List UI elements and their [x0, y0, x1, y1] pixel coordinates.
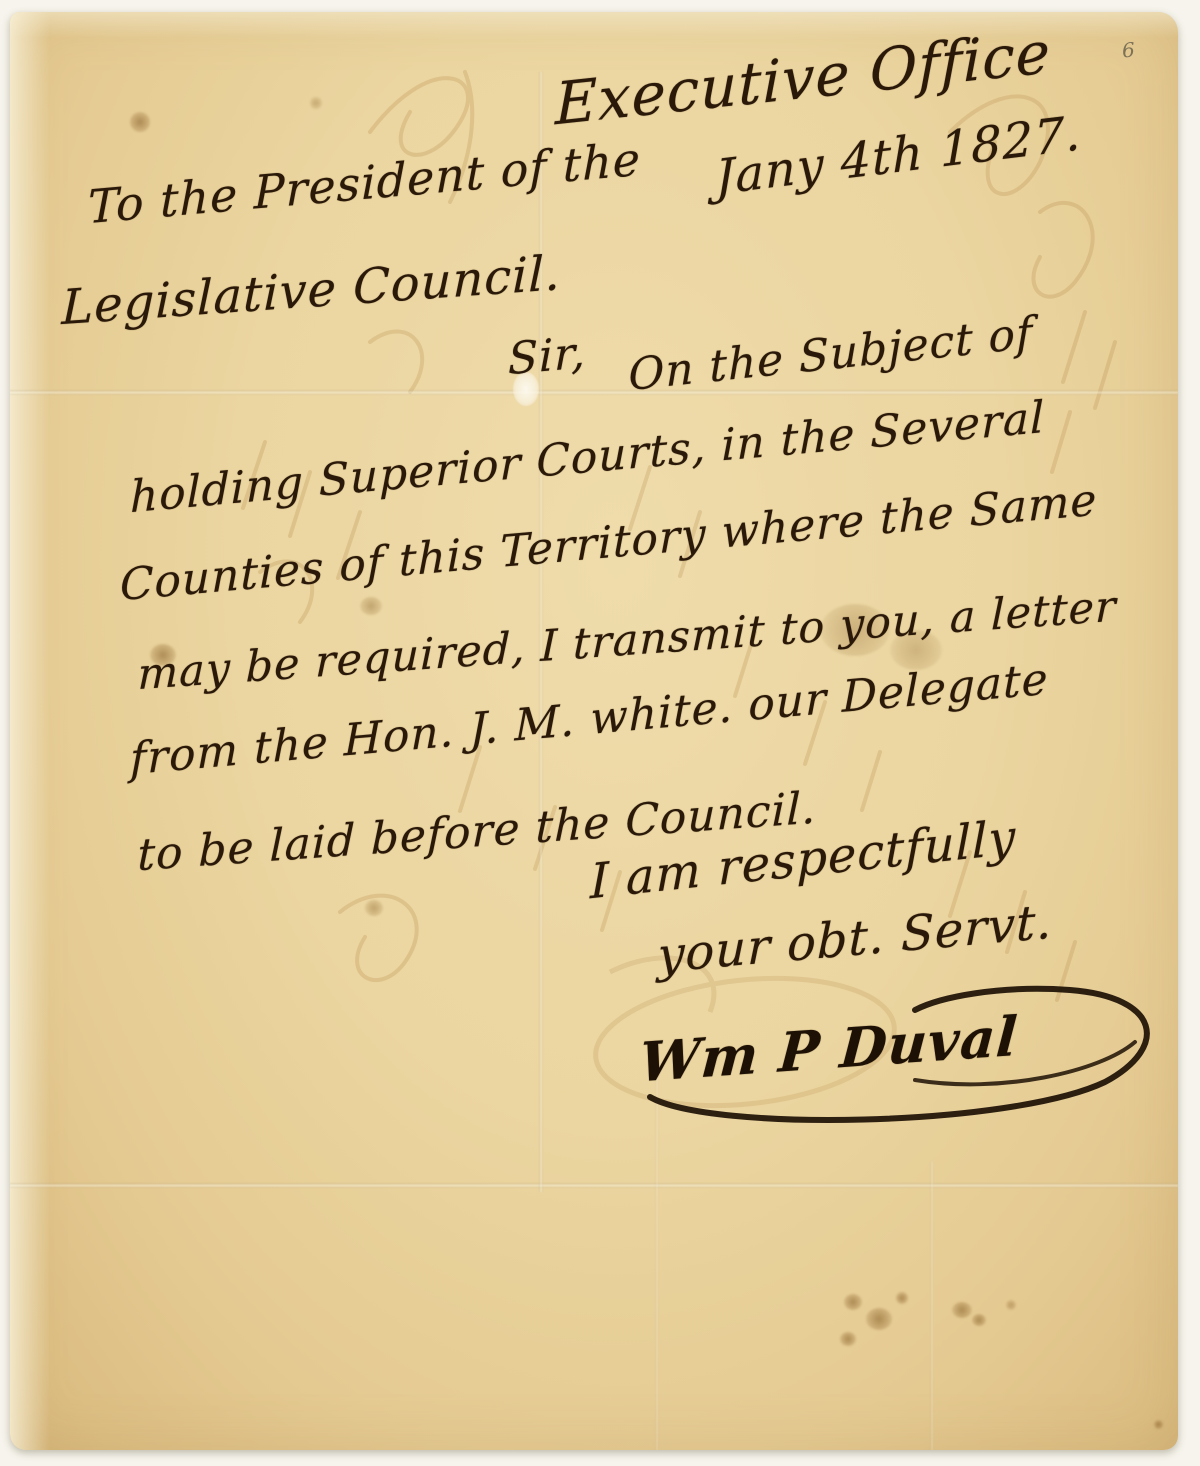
letter-date-line: Jany 4th 1827.	[715, 105, 1082, 206]
foxing-spot	[365, 900, 383, 916]
horizontal-fold-crease-lower	[10, 1183, 1178, 1188]
signature-text: Wm P Duval	[637, 1004, 1020, 1095]
recipient-line-2: Legislative Council.	[61, 245, 561, 336]
vertical-fold-crease-right	[930, 1162, 934, 1450]
horizontal-fold-crease-upper	[10, 390, 1178, 395]
foxing-spot	[972, 1314, 986, 1326]
foxing-spot	[360, 597, 382, 615]
closing-line-2: your obt. Servt.	[657, 893, 1053, 984]
paper-worn-left-edge	[10, 12, 50, 1450]
paper-sheet: 6 Executive Office Jany 4th 1827. To the…	[10, 12, 1178, 1450]
foxing-spot	[896, 1292, 908, 1304]
salutation: Sir,	[508, 327, 586, 385]
foxing-spot	[130, 112, 150, 132]
foxing-spot	[1006, 1300, 1016, 1310]
body-line: On the Subject of	[628, 307, 1034, 401]
vertical-fold-crease-middle	[655, 1072, 659, 1450]
foxing-spot	[310, 97, 322, 109]
foxing-spot	[866, 1308, 892, 1330]
foxing-spot	[844, 1294, 862, 1310]
pencil-annotation: 6	[1121, 38, 1135, 63]
foxing-spot	[1154, 1420, 1163, 1429]
recipient-line-1: To the President of the	[88, 132, 641, 235]
foxing-spot	[840, 1332, 856, 1346]
scanned-letter-image: { "document": { "type": "handwritten-let…	[0, 0, 1200, 1466]
foxing-spot	[952, 1302, 972, 1318]
